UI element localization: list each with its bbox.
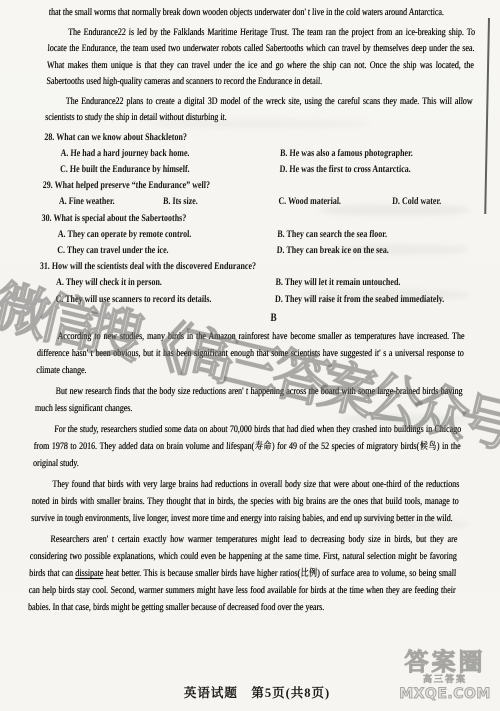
page-content: that the small worms that normally break…	[28, 5, 476, 620]
passage-b-paragraph-5: Researchers aren' t certain exactly how …	[28, 531, 458, 616]
question-option: A. They can operate by remote control.	[58, 227, 278, 243]
passage-b-paragraph-3: For the study, researchers studied some …	[33, 421, 462, 472]
question-31: 31. How will the scientists deal with th…	[38, 259, 467, 308]
question-28-options-row-1: A. He had a hard journey back home. B. H…	[44, 146, 471, 162]
question-29-text: What helped preserve “the Endurance” wel…	[54, 180, 210, 191]
question-option: B. They will let it remain untouched.	[275, 275, 466, 291]
question-28-number: 28.	[44, 132, 54, 143]
passage-b-paragraph-1: According to new studies, many birds in …	[36, 328, 465, 379]
question-29-number: 29.	[43, 180, 53, 191]
passage-b-paragraph-4: They found that birds with very large br…	[31, 476, 460, 527]
question-28-options-row-2: C. He built the Endurance by himself. D.…	[43, 162, 470, 178]
question-31-number: 31.	[40, 261, 50, 272]
exam-paper-page: that the small worms that normally break…	[0, 0, 500, 711]
question-option: A. Fine weather.	[59, 194, 164, 210]
passage-a-paragraph-3: The Endurance22 plans to create a digita…	[45, 94, 473, 127]
question-option: C. Wood material.	[278, 194, 392, 210]
question-option: A. They will check it in person.	[56, 275, 276, 291]
question-30: 30. What is special about the Sabertooth…	[40, 211, 469, 260]
question-option: D. Cold water.	[392, 194, 469, 210]
question-30-text: What is special about the Sabertooths?	[53, 213, 186, 224]
page-edge-scan-line	[484, 18, 489, 214]
question-option: C. They will use scanners to record its …	[55, 292, 275, 308]
passage-a-paragraph-1: that the small worms that normally break…	[48, 5, 476, 22]
question-option: C. They can travel under the ice.	[57, 243, 277, 259]
question-30-stem: 30. What is special about the Sabertooth…	[41, 213, 186, 224]
question-31-options-row-2: C. They will use scanners to record its …	[38, 292, 465, 308]
question-31-text: How will the scientists deal with the di…	[52, 261, 257, 272]
question-28: 28. What can we know about Shackleton? A…	[43, 130, 472, 179]
corner-watermark-logo: 答案圈	[393, 650, 497, 675]
question-option: B. Its size.	[163, 194, 279, 210]
question-29: 29. What helped preserve “the Endurance”…	[42, 178, 470, 210]
question-28-text: What can we know about Shackleton?	[56, 132, 187, 143]
question-29-options-row: A. Fine weather. B. Its size. C. Wood ma…	[42, 194, 469, 210]
question-option: D. They will raise it from the seabed im…	[275, 292, 466, 308]
question-option: A. He had a hard journey back home.	[60, 146, 280, 162]
question-28-stem: 28. What can we know about Shackleton?	[44, 132, 187, 143]
question-30-options-row-1: A. They can operate by remote control. B…	[41, 227, 468, 243]
page-footer: 英语试题 第5页(共8页)	[0, 683, 500, 701]
passage-b-paragraph-2: But new research finds that the body siz…	[35, 383, 463, 417]
passage-a-paragraph-2: The Endurance22 is led by the Falklands …	[46, 25, 475, 91]
question-31-stem: 31. How will the scientists deal with th…	[40, 261, 257, 272]
section-b-label: B	[38, 310, 465, 326]
question-option: B. He was also a famous photographer.	[280, 146, 471, 162]
question-option: B. They can search the sea floor.	[277, 227, 468, 243]
underlined-word-dissipate: dissipate	[75, 568, 103, 579]
question-30-number: 30.	[41, 213, 51, 224]
question-30-options-row-2: C. They can travel under the ice. D. The…	[40, 243, 467, 259]
question-option: C. He built the Endurance by himself.	[60, 162, 280, 178]
question-31-options-row-1: A. They will check it in person. B. They…	[39, 275, 466, 291]
question-option: D. They can break ice on the sea.	[276, 243, 467, 259]
question-option: D. He was the first to cross Antarctica.	[279, 162, 470, 178]
question-29-stem: 29. What helped preserve “the Endurance”…	[43, 180, 211, 191]
